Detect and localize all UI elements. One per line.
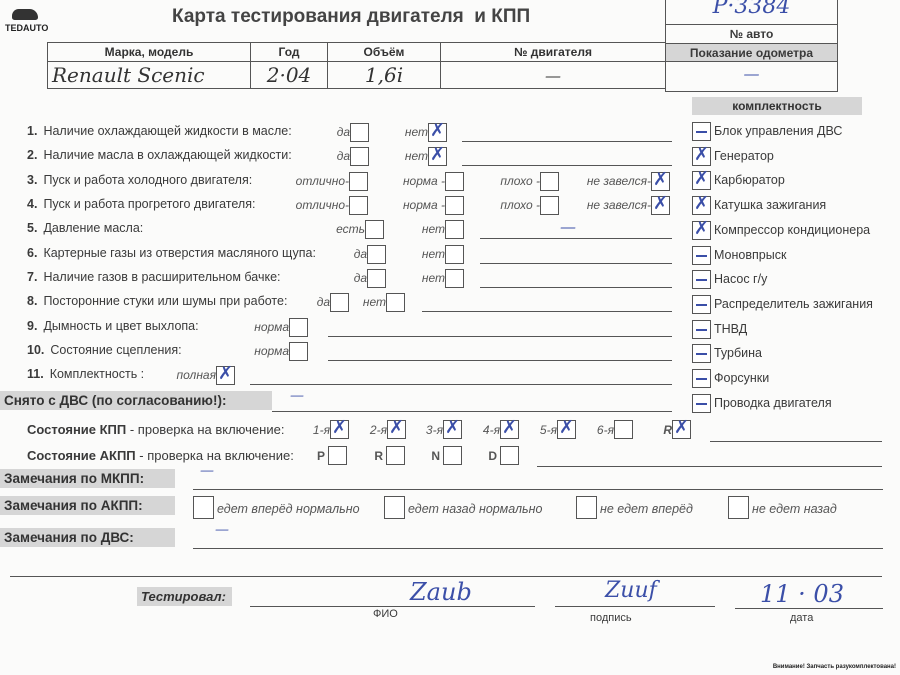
checkbox[interactable]: [692, 196, 711, 215]
dvs-remarks-value[interactable]: —: [215, 522, 229, 538]
col-engine-no: № двигателя: [441, 43, 666, 62]
logo: TEDAUTO: [4, 6, 44, 36]
engine-no-value[interactable]: —: [441, 62, 666, 89]
question-text: 7.Наличие газов в расширительном бачке:: [27, 270, 281, 284]
gear-label: 3-я: [426, 423, 443, 437]
question-text: 11.Комплектность :: [27, 367, 144, 381]
checkbox[interactable]: [428, 123, 447, 142]
car-number-block: P·3384 № авто Показание одометра —: [665, 0, 838, 92]
gear-checkbox[interactable]: [500, 420, 519, 439]
kpp-label: Состояние КПП - проверка на включение:: [27, 422, 284, 437]
note-line[interactable]: [250, 384, 672, 385]
checkbox[interactable]: [692, 394, 711, 413]
question-text: 3.Пуск и работа холодного двигателя:: [27, 173, 252, 187]
checkbox[interactable]: [367, 245, 386, 264]
option-label: плохо -: [500, 198, 540, 212]
car-number-value[interactable]: P·3384: [666, 0, 837, 19]
tested-by-label: Тестировал:: [137, 587, 232, 606]
odometer-label: Показание одометра: [666, 43, 837, 62]
checkbox[interactable]: [445, 220, 464, 239]
akpp-remark-checkbox[interactable]: [728, 496, 749, 519]
checkbox[interactable]: [692, 147, 711, 166]
odometer-value[interactable]: —: [666, 64, 837, 83]
question-text: 6.Картерные газы из отверстия масляного …: [27, 246, 316, 260]
akpp-remark-label: едет назад нормально: [408, 502, 542, 516]
position-checkbox[interactable]: [500, 446, 519, 465]
checkbox[interactable]: [445, 269, 464, 288]
gear-label: R: [663, 423, 672, 437]
option-label: нет: [363, 295, 386, 309]
note-line[interactable]: [480, 287, 672, 288]
checkbox[interactable]: [350, 123, 369, 142]
note-line[interactable]: [422, 311, 672, 312]
komplektnost-label: Турбина: [714, 346, 762, 360]
checkbox[interactable]: [540, 196, 559, 215]
option-label: нет: [422, 247, 445, 261]
position-checkbox[interactable]: [386, 446, 405, 465]
gear-checkbox[interactable]: [387, 420, 406, 439]
checkbox[interactable]: [349, 196, 368, 215]
gear-checkbox[interactable]: [614, 420, 633, 439]
page-title: Карта тестирования двигателя и КПП: [172, 6, 530, 28]
question-text: 4.Пуск и работа прогретого двигателя:: [27, 197, 255, 211]
option-label: плохо -: [500, 174, 540, 188]
gear-checkbox[interactable]: [557, 420, 576, 439]
checkbox[interactable]: [445, 196, 464, 215]
mkpp-remarks-label: Замечания по МКПП:: [0, 469, 175, 488]
option-label: норма: [254, 344, 289, 358]
gear-label: 4-я: [483, 423, 500, 437]
checkbox[interactable]: [216, 366, 235, 385]
checkbox[interactable]: [692, 320, 711, 339]
akpp-remark-label: едет вперёд нормально: [217, 502, 360, 516]
akpp-remark-checkbox[interactable]: [193, 496, 214, 519]
option-label: норма -: [403, 198, 445, 212]
checkbox[interactable]: [692, 369, 711, 388]
removed-label: Снято с ДВС (по согласованию!):: [0, 391, 272, 410]
option-label: не завелся-: [587, 198, 651, 212]
akpp-remarks-label: Замечания по АКПП:: [0, 496, 175, 515]
gear-label: 1-я: [313, 423, 330, 437]
gear-label: 5-я: [540, 423, 557, 437]
removed-value[interactable]: —: [290, 388, 304, 404]
gear-label: 2-я: [370, 423, 387, 437]
akpp-remark-label: не едет вперёд: [600, 502, 693, 516]
tester-name-value[interactable]: Zaub: [410, 578, 472, 606]
col-model: Марка, модель: [48, 43, 251, 62]
checkbox[interactable]: [540, 172, 559, 191]
question-text: 5.Давление масла:: [27, 221, 143, 235]
note-line[interactable]: [462, 141, 672, 142]
komplektnost-label: Распределитель зажигания: [714, 297, 873, 311]
gear-checkbox[interactable]: [330, 420, 349, 439]
note-line[interactable]: [328, 336, 672, 337]
checkbox[interactable]: [367, 269, 386, 288]
option-label: норма -: [403, 174, 445, 188]
komplektnost-label: Моновпрыск: [714, 248, 786, 262]
checkbox[interactable]: [349, 172, 368, 191]
question-text: 1.Наличие охлаждающей жидкости в масле:: [27, 124, 292, 138]
gear-checkbox[interactable]: [443, 420, 462, 439]
position-label: N: [431, 449, 440, 463]
option-label: отлично-: [296, 198, 349, 212]
komplektnost-label: Проводка двигателя: [714, 396, 832, 410]
model-value[interactable]: Renault Scenic: [48, 62, 251, 89]
checkbox[interactable]: [692, 221, 711, 240]
car-icon: [12, 9, 38, 20]
komplektnost-label: ТНВД: [714, 322, 747, 336]
position-checkbox[interactable]: [443, 446, 462, 465]
checkbox[interactable]: [692, 295, 711, 314]
option-label: не завелся-: [587, 174, 651, 188]
checkbox[interactable]: [692, 270, 711, 289]
checkbox[interactable]: [428, 147, 447, 166]
akpp-remark-label: не едет назад: [752, 502, 837, 516]
checkbox[interactable]: [692, 246, 711, 265]
position-label: D: [488, 449, 497, 463]
option-label: да: [337, 125, 350, 139]
komplektnost-label: Карбюратор: [714, 173, 785, 187]
checkbox[interactable]: [289, 342, 308, 361]
logo-brand: TEDAUTO: [5, 23, 48, 33]
komplektnost-label: Насос г/у: [714, 272, 767, 286]
checkbox[interactable]: [445, 172, 464, 191]
volume-value[interactable]: 1,6i: [328, 62, 441, 89]
footer-note: Внимание! Запчасть разукомплектована!: [773, 664, 896, 670]
question-text: 10.Состояние сцепления:: [27, 343, 182, 357]
year-value[interactable]: 2·04: [251, 62, 328, 89]
komplektnost-label: Блок управления ДВС: [714, 124, 842, 138]
akpp-remark-checkbox[interactable]: [576, 496, 597, 519]
gear-label: 6-я: [597, 423, 614, 437]
option-label: норма: [254, 320, 289, 334]
option-label: да: [317, 295, 330, 309]
signature-value[interactable]: Zuuf: [605, 578, 657, 603]
checkbox[interactable]: [289, 318, 308, 337]
checkbox[interactable]: [386, 293, 405, 312]
date-caption: дата: [790, 612, 813, 624]
note-line[interactable]: [462, 165, 672, 166]
gear-checkbox[interactable]: [672, 420, 691, 439]
komplektnost-label: Форсунки: [714, 371, 769, 385]
option-label: да: [337, 149, 350, 163]
checkbox[interactable]: [651, 196, 670, 215]
col-volume: Объём: [328, 43, 441, 62]
komplektnost-label: Компрессор кондиционера: [714, 223, 870, 237]
option-label: нет: [422, 271, 445, 285]
checkbox[interactable]: [692, 171, 711, 190]
checkbox[interactable]: [365, 220, 384, 239]
option-label: нет: [405, 125, 428, 139]
mkpp-remarks-value[interactable]: —: [200, 463, 214, 479]
position-label: R: [374, 449, 383, 463]
option-label: нет: [422, 222, 445, 236]
note-line[interactable]: [328, 360, 672, 361]
option-label: да: [354, 247, 367, 261]
col-year: Год: [251, 43, 328, 62]
position-checkbox[interactable]: [328, 446, 347, 465]
akpp-remark-checkbox[interactable]: [384, 496, 405, 519]
note-value[interactable]: —: [560, 217, 576, 236]
akpp-label: Состояние АКПП - проверка на включение:: [27, 448, 294, 463]
checkbox[interactable]: [692, 122, 711, 141]
checkbox[interactable]: [651, 172, 670, 191]
checkbox[interactable]: [692, 344, 711, 363]
car-number-label: № авто: [666, 27, 837, 41]
option-label: отлично-: [296, 174, 349, 188]
checkbox[interactable]: [445, 245, 464, 264]
note-line[interactable]: [480, 263, 672, 264]
option-label: нет: [405, 149, 428, 163]
option-label: полная: [177, 368, 216, 382]
checkbox[interactable]: [350, 147, 369, 166]
komplektnost-label: Катушка зажигания: [714, 198, 826, 212]
question-text: 9.Дымность и цвет выхлопа:: [27, 319, 199, 333]
position-label: P: [317, 449, 325, 463]
checkbox[interactable]: [330, 293, 349, 312]
dvs-remarks-label: Замечания по ДВС:: [0, 528, 175, 547]
question-text: 8.Посторонние стуки или шумы при работе:: [27, 294, 287, 308]
signature-caption: подпись: [590, 612, 632, 624]
date-value[interactable]: 11 · 03: [760, 580, 844, 608]
komplektnost-title: комплектность: [692, 97, 862, 115]
option-label: да: [354, 271, 367, 285]
name-caption: ФИО: [373, 608, 398, 620]
option-label: есть: [336, 222, 365, 236]
question-text: 2.Наличие масла в охлаждающей жидкости:: [27, 148, 292, 162]
komplektnost-label: Генератор: [714, 149, 774, 163]
note-line[interactable]: [480, 238, 672, 239]
header-table: Марка, модель Год Объём № двигателя Rena…: [47, 42, 666, 89]
